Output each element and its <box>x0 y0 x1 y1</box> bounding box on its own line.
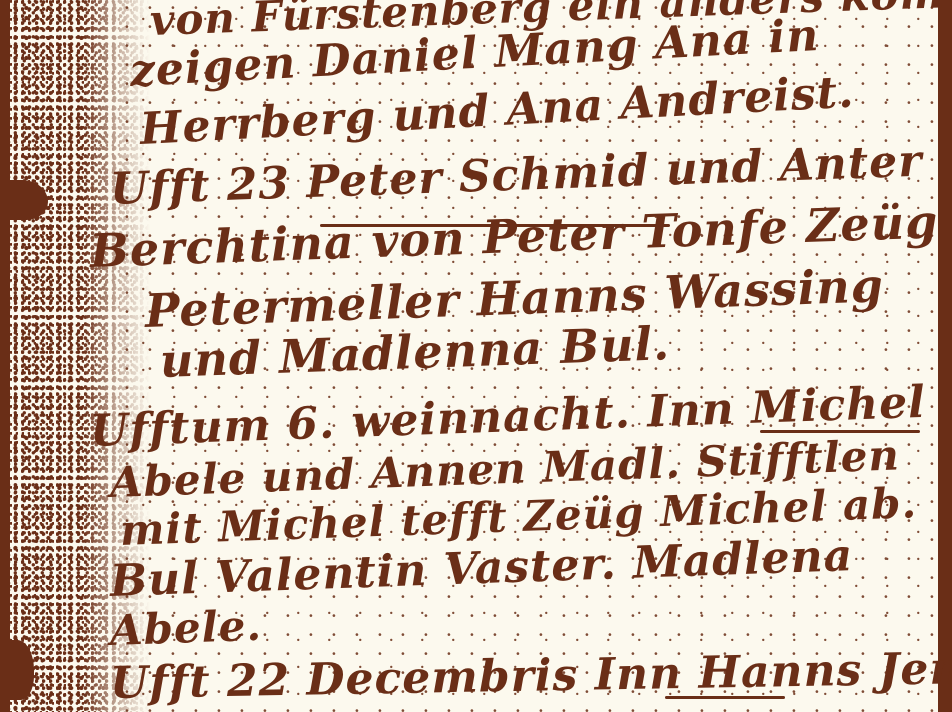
handwritten-line: Ufft 22 Decembris Inn Hanns Jenn <box>110 647 952 706</box>
name-underline <box>760 430 920 433</box>
name-underline <box>320 224 670 227</box>
handwritten-line: Abele. <box>109 605 262 652</box>
handwritten-text-block: von Fürstenberg ein anders kom zeigen Da… <box>0 0 952 712</box>
document-page: von Fürstenberg ein anders kom zeigen Da… <box>0 0 952 712</box>
name-underline <box>665 696 785 699</box>
